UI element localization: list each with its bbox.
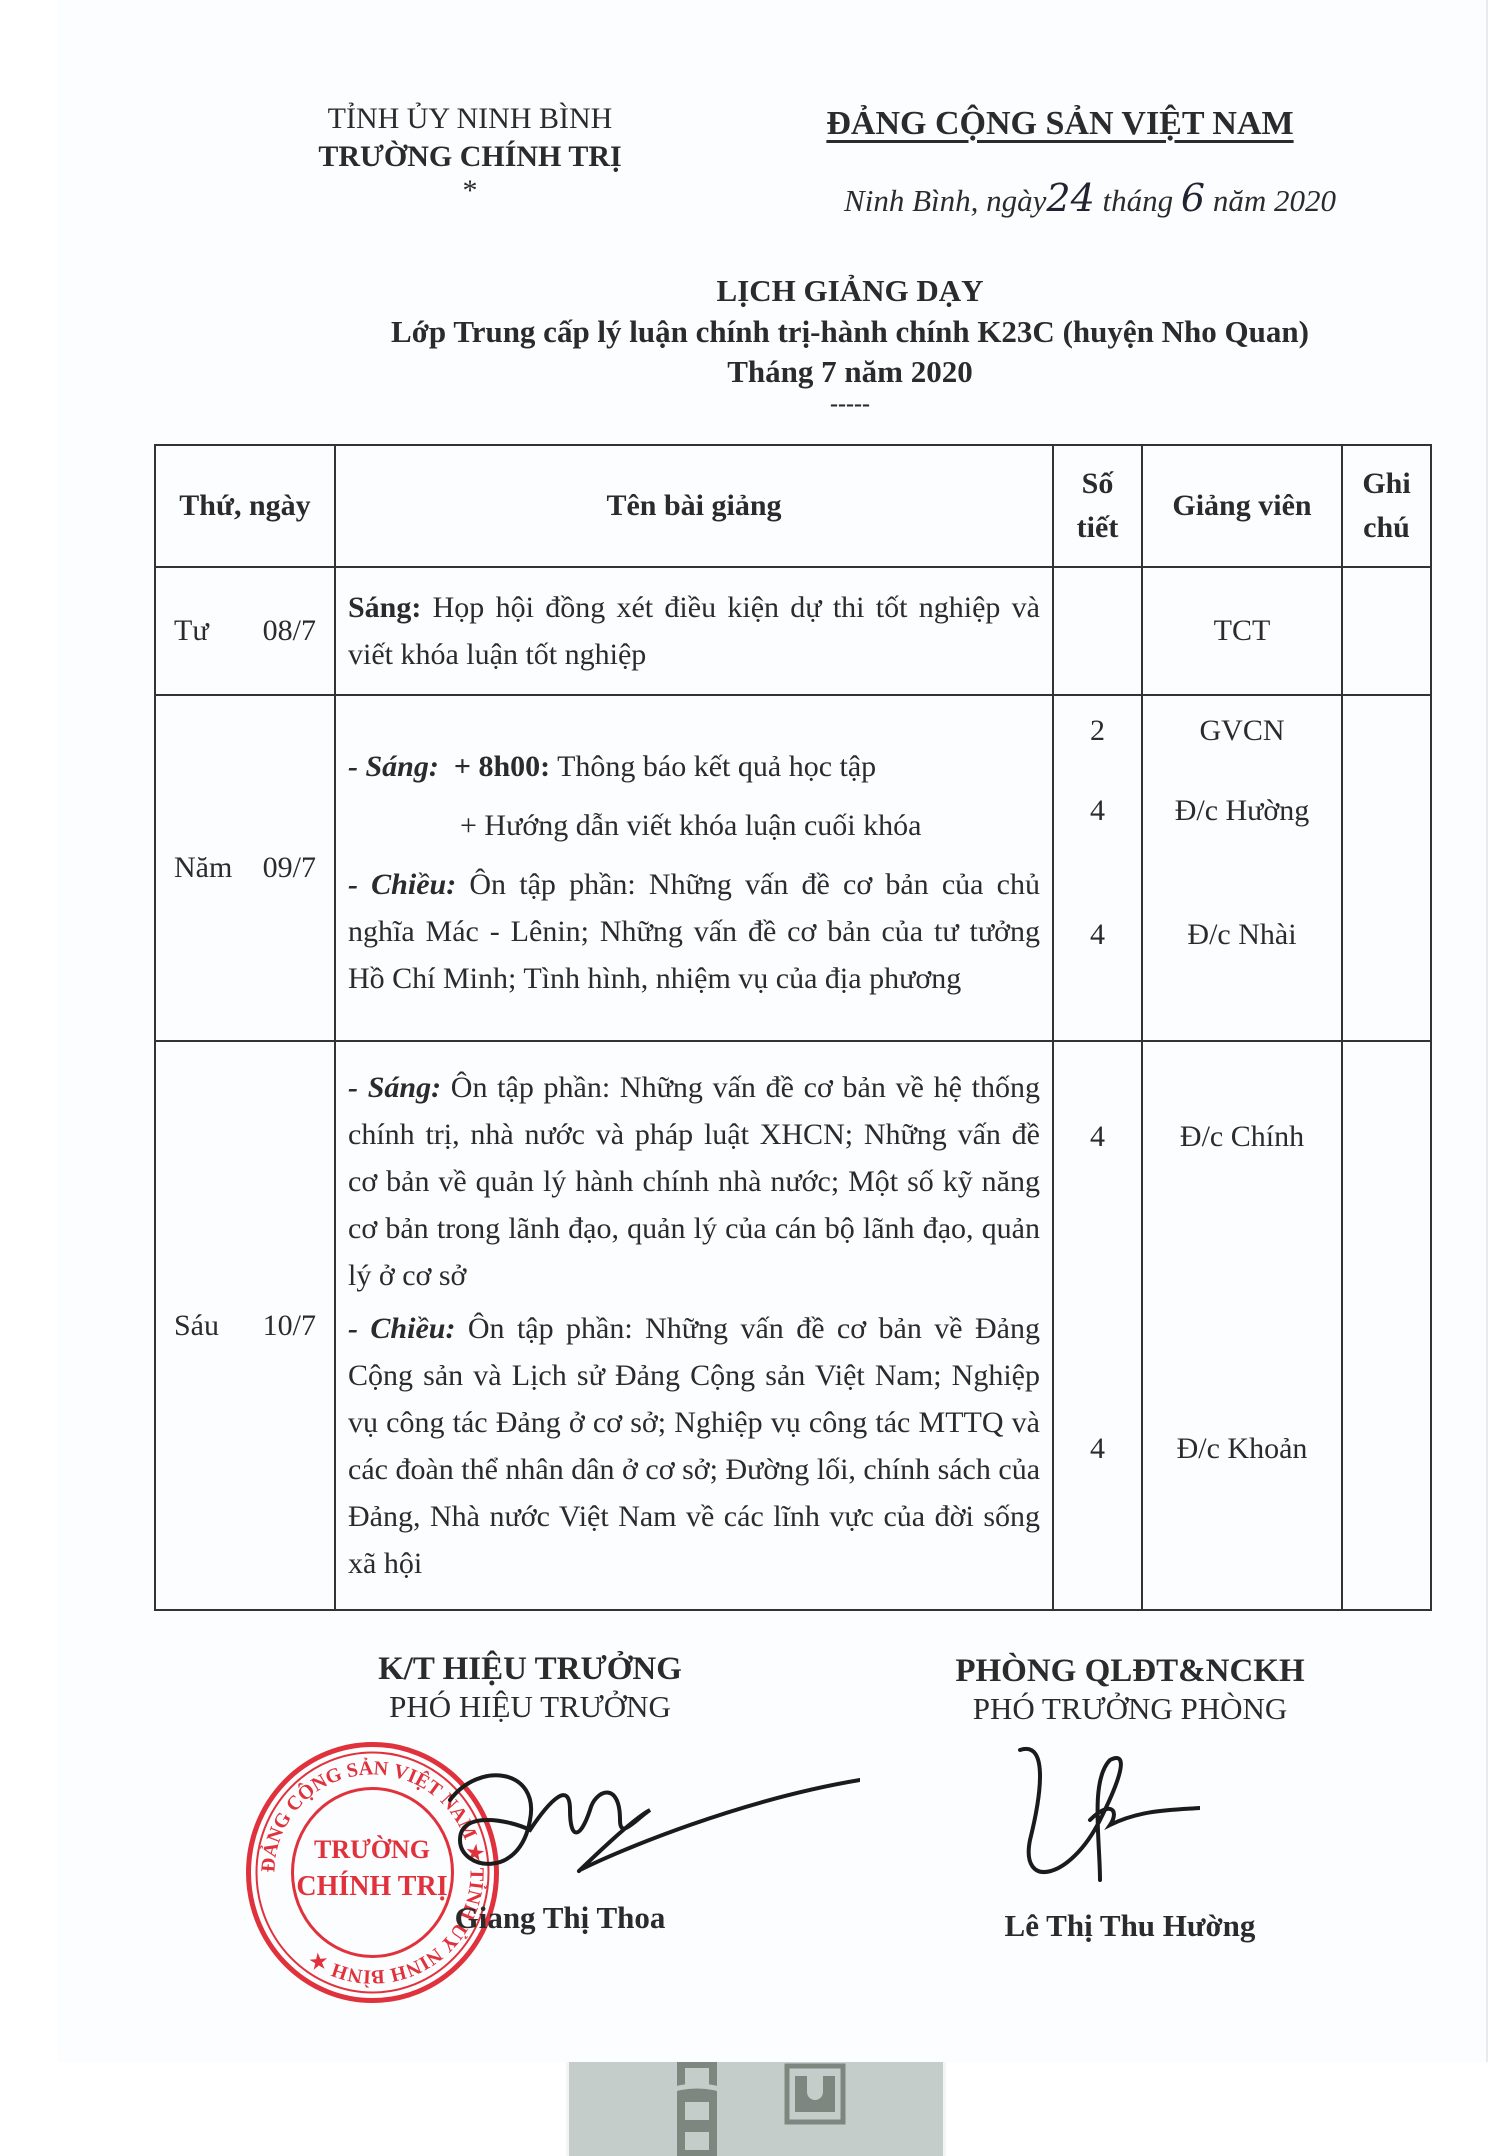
- session-text: Họp hội đồng xét điều kiện dự thi tốt ng…: [348, 591, 1040, 671]
- session-label: - Sáng:: [348, 750, 439, 783]
- periods-cell: [1053, 567, 1142, 695]
- signer-name-right: Lê Thị Thu Hường: [900, 1908, 1360, 1944]
- place-date-line: Ninh Bình, ngày24 tháng 6 năm 2020: [800, 178, 1380, 221]
- table-header-row: Thứ, ngày Tên bài giảng Số tiết Giảng vi…: [155, 445, 1431, 567]
- handwritten-signature-right-icon: [1000, 1740, 1200, 1890]
- header-periods-line2: tiết: [1066, 506, 1129, 550]
- teacher-name: Đ/c Chính: [1143, 1120, 1341, 1154]
- periods-cell: 2 4 4: [1053, 695, 1142, 1041]
- header-day: Thứ, ngày: [155, 445, 335, 567]
- session-text: Ôn tập phần: Những vấn đề cơ bản về Đảng…: [348, 1312, 1040, 1580]
- signer-title: PHÓ TRƯỞNG PHÒNG: [900, 1690, 1360, 1728]
- session-label: - Sáng:: [348, 1071, 441, 1104]
- header-note-line2: chú: [1355, 506, 1418, 550]
- signature-block-principal: K/T HIỆU TRƯỞNG PHÓ HIỆU TRƯỞNG: [300, 1650, 760, 1726]
- periods-value: 4: [1054, 918, 1141, 952]
- note-cell: [1342, 1041, 1431, 1610]
- lesson-cell: - Sáng: Ôn tập phần: Những vấn đề cơ bản…: [335, 1041, 1053, 1610]
- date: 09/7: [263, 851, 316, 885]
- party-heading: ĐẢNG CỘNG SẢN VIỆT NAM: [780, 104, 1340, 144]
- party-name: ĐẢNG CỘNG SẢN VIỆT NAM: [780, 104, 1340, 144]
- periods-value: 4: [1054, 794, 1141, 828]
- date-prefix: Ninh Bình, ngày: [844, 183, 1046, 218]
- teacher-name: GVCN: [1143, 714, 1341, 748]
- session-label: - Chiều:: [348, 868, 456, 901]
- signature-block-department: PHÒNG QLĐT&NCKH PHÓ TRƯỞNG PHÒNG: [900, 1652, 1360, 1728]
- schedule-table: Thứ, ngày Tên bài giảng Số tiết Giảng vi…: [154, 444, 1432, 1611]
- film-reel-icon: [569, 2062, 943, 2156]
- date-month-label: tháng: [1103, 183, 1174, 218]
- date-year: năm 2020: [1213, 183, 1336, 218]
- weekday: Tư: [174, 614, 209, 648]
- day-cell: Tư08/7: [155, 567, 335, 695]
- org-name: TRƯỜNG CHÍNH TRỊ: [260, 138, 680, 176]
- periods-value: 2: [1054, 714, 1141, 748]
- document-title-block: LỊCH GIẢNG DẠY Lớp Trung cấp lý luận chí…: [180, 270, 1500, 416]
- weekday: Sáu: [174, 1309, 219, 1343]
- header-note: Ghi chú: [1342, 445, 1431, 567]
- date: 10/7: [263, 1309, 316, 1343]
- note-cell: [1342, 695, 1431, 1041]
- lesson-cell: - Sáng: + 8h00: Thông báo kết quả học tậ…: [335, 695, 1053, 1041]
- document-subtitle: Lớp Trung cấp lý luận chính trị-hành chí…: [180, 312, 1500, 352]
- teacher-name: Đ/c Hường: [1143, 794, 1341, 828]
- teacher-name: Đ/c Khoản: [1143, 1432, 1341, 1466]
- signer-role: K/T HIỆU TRƯỞNG: [300, 1650, 760, 1688]
- header-lesson: Tên bài giảng: [335, 445, 1053, 567]
- scanner-backing-strip: [566, 2062, 946, 2156]
- session-time: + 8h00:: [454, 750, 550, 783]
- teacher-cell: GVCN Đ/c Hường Đ/c Nhài: [1142, 695, 1342, 1041]
- org-mark: *: [260, 176, 680, 206]
- lesson-cell: Sáng: Họp hội đồng xét điều kiện dự thi …: [335, 567, 1053, 695]
- session-text: Thông báo kết quả học tập: [550, 750, 876, 783]
- day-cell: Sáu10/7: [155, 1041, 335, 1610]
- teacher-name: Đ/c Nhài: [1143, 918, 1341, 952]
- document-period: Tháng 7 năm 2020: [180, 352, 1500, 392]
- header-teacher: Giảng viên: [1142, 445, 1342, 567]
- document-title: LỊCH GIẢNG DẠY: [180, 270, 1500, 312]
- note-cell: [1342, 567, 1431, 695]
- signer-title: PHÓ HIỆU TRƯỞNG: [300, 1688, 760, 1726]
- table-row: Sáu10/7 - Sáng: Ôn tập phần: Những vấn đ…: [155, 1041, 1431, 1610]
- header-periods-line1: Số: [1066, 462, 1129, 506]
- seal-center-line1: TRƯỜNG: [314, 1835, 430, 1864]
- signer-role: PHÒNG QLĐT&NCKH: [900, 1652, 1360, 1690]
- date-day: 24: [1046, 176, 1094, 220]
- title-separator: -----: [180, 392, 1500, 416]
- table-row: Tư08/7 Sáng: Họp hội đồng xét điều kiện …: [155, 567, 1431, 695]
- session-text: + Hướng dẫn viết khóa luận cuối khóa: [460, 809, 921, 842]
- periods-value: 4: [1054, 1432, 1141, 1466]
- issuing-organization: TỈNH ỦY NINH BÌNH TRƯỜNG CHÍNH TRỊ *: [260, 100, 680, 206]
- table-row: Năm09/7 - Sáng: + 8h00: Thông báo kết qu…: [155, 695, 1431, 1041]
- teacher-cell: TCT: [1142, 567, 1342, 695]
- periods-value: 4: [1054, 1120, 1141, 1154]
- session-text: Ôn tập phần: Những vấn đề cơ bản về hệ t…: [348, 1071, 1040, 1292]
- periods-cell: 4 4: [1053, 1041, 1142, 1610]
- session-label: - Chiều:: [348, 1312, 455, 1345]
- session-label: Sáng:: [348, 591, 421, 624]
- org-parent: TỈNH ỦY NINH BÌNH: [260, 100, 680, 138]
- weekday: Năm: [174, 851, 232, 885]
- signer-name-left: Giang Thị Thoa: [380, 1900, 740, 1936]
- date: 08/7: [263, 614, 316, 648]
- handwritten-signature-left-icon: [420, 1760, 860, 1900]
- teacher-cell: Đ/c Chính Đ/c Khoản: [1142, 1041, 1342, 1610]
- header-periods: Số tiết: [1053, 445, 1142, 567]
- header-note-line1: Ghi: [1355, 462, 1418, 506]
- day-cell: Năm09/7: [155, 695, 335, 1041]
- date-month: 6: [1181, 176, 1205, 220]
